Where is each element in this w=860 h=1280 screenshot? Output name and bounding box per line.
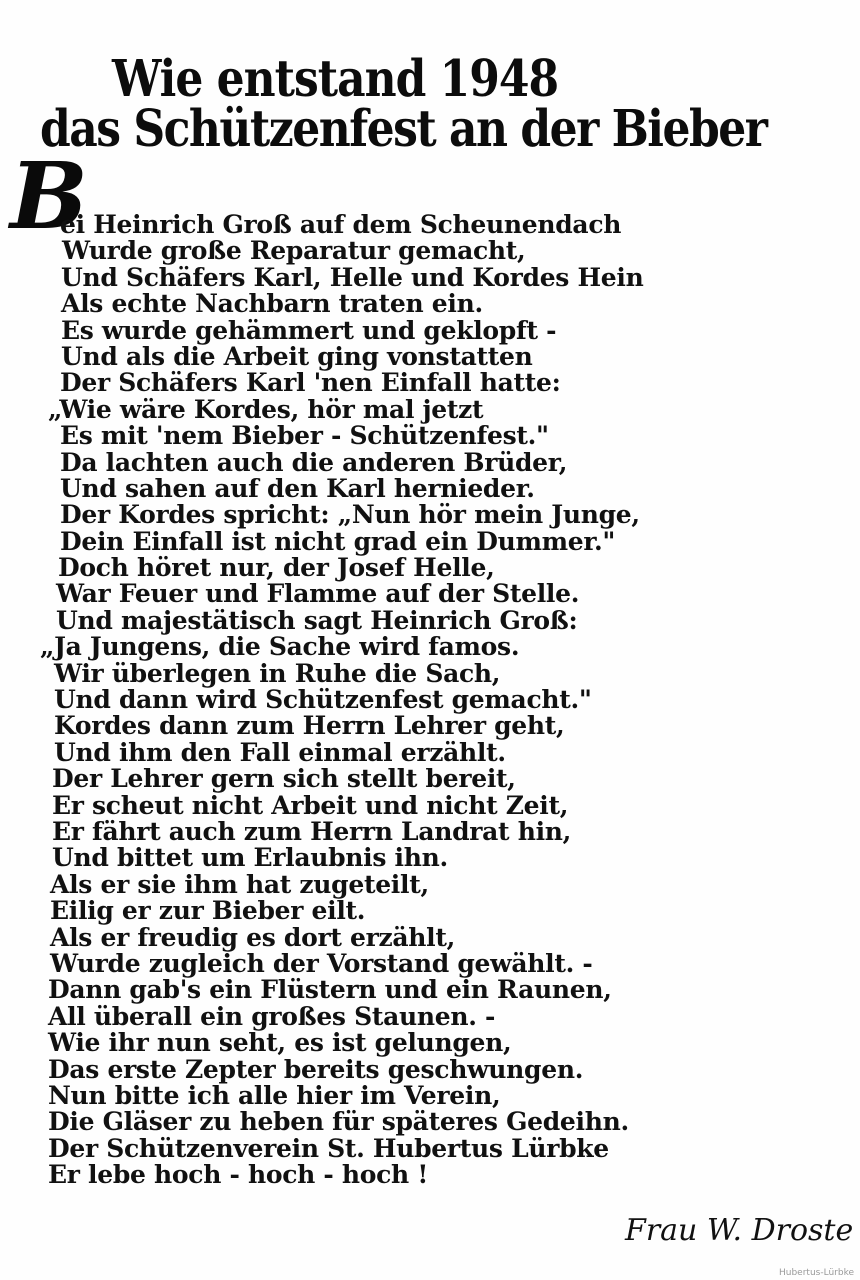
poem-line: Wurde zugleich der Vorstand gewählt. - (48, 951, 688, 977)
poem-line: Der Schützenverein St. Hubertus Lürbke (48, 1136, 688, 1162)
poem-line: Der Lehrer gern sich stellt bereit, (48, 766, 688, 792)
poem-line: All überall ein großes Staunen. - (48, 1004, 688, 1030)
poem-line: Der Kordes spricht: „Nun hör mein Junge, (48, 502, 688, 528)
poem-line: Und als die Arbeit ging vonstatten (48, 344, 688, 370)
poem-line: Und dann wird Schützenfest gemacht." (48, 687, 688, 713)
poem-line: Als er freudig es dort erzählt, (48, 925, 688, 951)
poem-line: Doch höret nur, der Josef Helle, (48, 555, 688, 581)
poem-line: Es wurde gehämmert und geklopft - (48, 318, 688, 344)
poem-line: Und bittet um Erlaubnis ihn. (48, 845, 688, 871)
poem-line: Er lebe hoch - hoch - hoch ! (48, 1162, 688, 1188)
title-line-2: das Schützenfest an der Bieber (40, 100, 766, 159)
poem-line: Wie ihr nun seht, es ist gelungen, (48, 1030, 688, 1056)
poem-line: Eilig er zur Bieber eilt. (48, 898, 688, 924)
poem-line: Da lachten auch die anderen Brüder, (48, 450, 688, 476)
poem-line: Und majestätisch sagt Heinrich Groß: (48, 608, 688, 634)
poem-line: ei Heinrich Groß auf dem Scheunendach (48, 212, 688, 238)
watermark-text: Hubertus-Lürbke (779, 1268, 854, 1278)
document-page: Wie entstand 1948 das Schützenfest an de… (0, 0, 860, 1280)
poem-line: Wurde große Reparatur gemacht, (48, 238, 688, 264)
poem-line: Die Gläser zu heben für späteres Gedeihn… (48, 1109, 688, 1135)
poem-line: Und Schäfers Karl, Helle und Kordes Hein (48, 265, 688, 291)
poem-line: Das erste Zepter bereits geschwungen. (48, 1057, 688, 1083)
poem-line: Als echte Nachbarn traten ein. (48, 291, 688, 317)
poem-body: ei Heinrich Groß auf dem Scheunendach Wu… (48, 212, 688, 1188)
poem-line: Wir überlegen in Ruhe die Sach, (48, 661, 688, 687)
poem-line: Der Schäfers Karl 'nen Einfall hatte: (48, 370, 688, 396)
poem-line: Als er sie ihm hat zugeteilt, (48, 872, 688, 898)
poem-line: Er scheut nicht Arbeit und nicht Zeit, (48, 793, 688, 819)
poem-line: Dein Einfall ist nicht grad ein Dummer." (48, 529, 688, 555)
poem-line: Er fährt auch zum Herrn Landrat hin, (48, 819, 688, 845)
poem-line: „Wie wäre Kordes, hör mal jetzt (48, 397, 688, 423)
poem-line: Und sahen auf den Karl hernieder. (48, 476, 688, 502)
poem-line: Nun bitte ich alle hier im Verein, (48, 1083, 688, 1109)
poem-line: War Feuer und Flamme auf der Stelle. (48, 581, 688, 607)
poem-line: Dann gab's ein Flüstern und ein Raunen, (48, 977, 688, 1003)
poem-line: Kordes dann zum Herrn Lehrer geht, (48, 713, 688, 739)
poem-line: Und ihm den Fall einmal erzählt. (48, 740, 688, 766)
poem-line: „Ja Jungens, die Sache wird famos. (40, 634, 688, 660)
poem-line: Es mit 'nem Bieber - Schützenfest." (48, 423, 688, 449)
author-signature: Frau W. Droste (625, 1213, 853, 1248)
